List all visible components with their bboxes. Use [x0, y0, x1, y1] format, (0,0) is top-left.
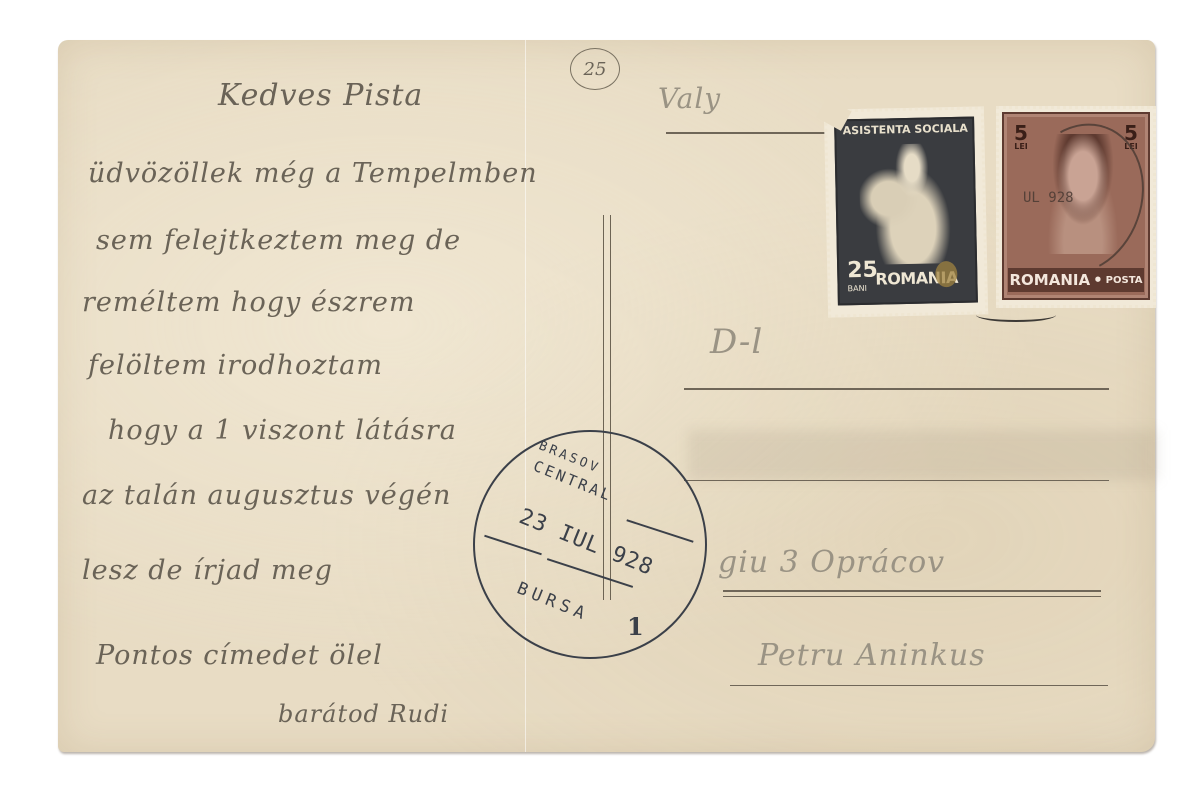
address-rule-2 — [684, 480, 1109, 481]
stamp-value-left: 5LEI — [1010, 124, 1032, 152]
stamp-currency: BANI — [848, 284, 867, 293]
message-greeting: Kedves Pista — [218, 78, 423, 113]
address-rule-1 — [684, 388, 1109, 390]
postmark-sub: BURSA — [514, 578, 592, 625]
address-rule-4 — [730, 685, 1108, 686]
address-rule-3b — [723, 596, 1101, 597]
message-line: lesz de írjad meg — [82, 555, 333, 586]
fold-crease — [525, 40, 526, 752]
stamp-cancellation-text: UL 928 — [1023, 190, 1074, 206]
stamp-asistenta-sociala: ASISTENTA SOCIALA 25 BANI ROMANIA — [824, 106, 988, 317]
stamp-value: 25 — [847, 261, 878, 282]
postmark-number: 1 — [627, 612, 644, 641]
postcard: 25 Kedves Pista Valy üdvözöllek még a Te… — [58, 40, 1155, 752]
message-line: sem felejtkeztem meg de — [96, 225, 461, 256]
message-line: üdvözöllek még a Tempelmben — [88, 158, 538, 189]
message-line: felöltem irodhoztam — [88, 350, 383, 381]
postmark: BRASOV CENTRAL 23 IUL 928 BURSA 1 — [473, 430, 707, 659]
stamp-figure-image — [859, 143, 957, 265]
address-line-3: giu 3 Oprácov — [718, 545, 945, 580]
postmark-date: 23 IUL 928 — [516, 504, 657, 581]
postmark-bar — [484, 535, 542, 555]
place-header: Valy — [658, 82, 721, 115]
message-line: az talán augusztus végén — [82, 480, 451, 511]
erased-smudge — [688, 430, 1158, 480]
stamp-header: ASISTENTA SOCIALA — [838, 122, 972, 138]
header-rule — [666, 132, 826, 134]
signature: barátod Rudi — [278, 700, 449, 728]
message-line: reméltem hogy észrem — [82, 287, 415, 318]
message-line: hogy a 1 viszont látásra — [108, 415, 457, 446]
postmark-bar — [626, 519, 693, 543]
address-rule-3 — [723, 590, 1101, 592]
address-line-1: D-l — [710, 322, 763, 362]
catalog-mark: 25 — [570, 48, 620, 90]
message-line: Pontos címedet ölel — [96, 640, 383, 671]
address-line-4: Petru Aninkus — [758, 638, 986, 673]
